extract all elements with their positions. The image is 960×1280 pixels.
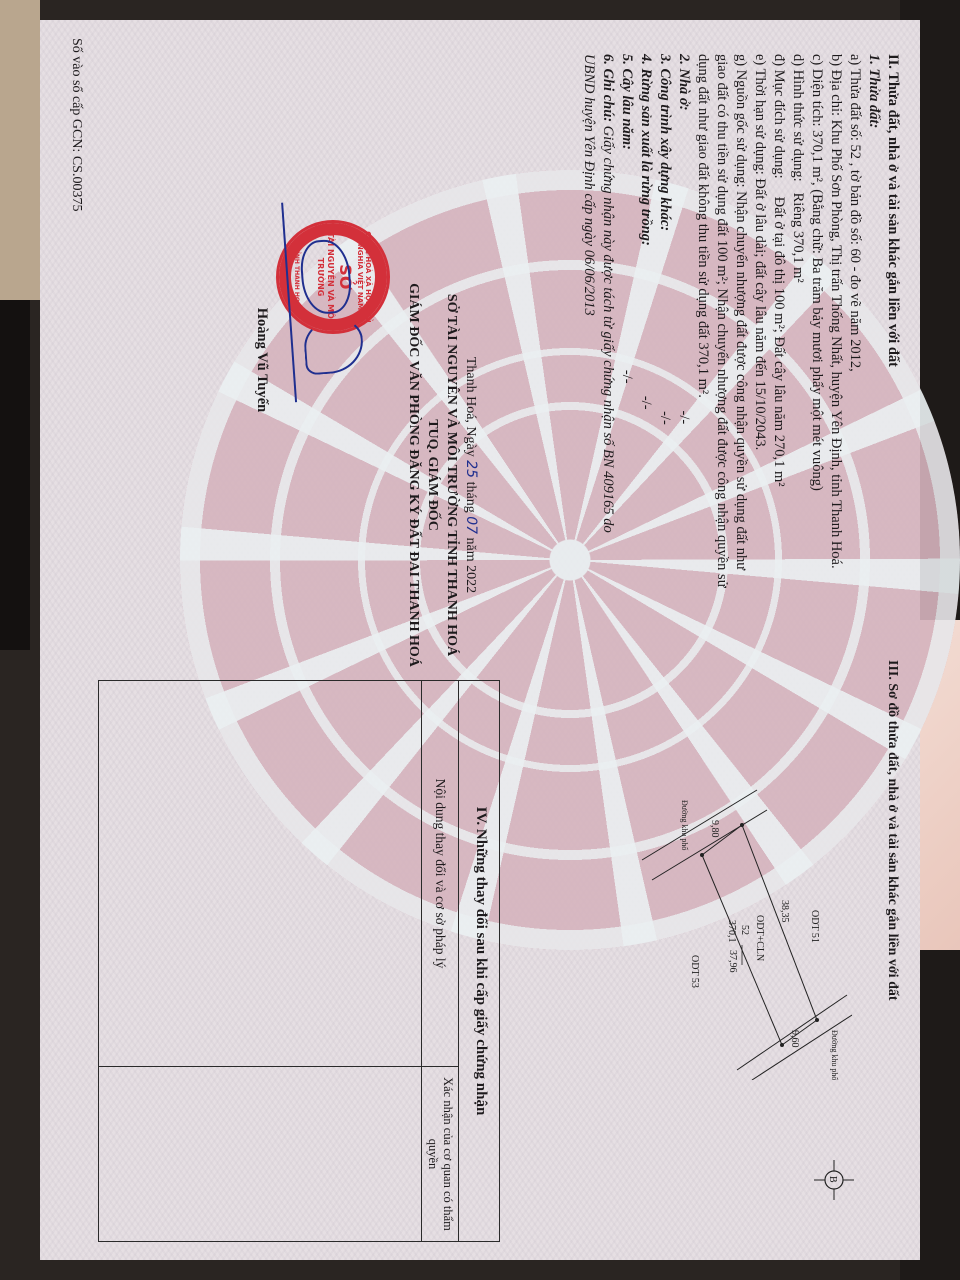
usage-term-line: e) Thời hạn sử dụng: Đất ở lâu dài; đất … xyxy=(750,54,769,588)
parcel-sketch: ODT+CLN 52 370,1 9,60 37,96 9,80 38,35 Đ… xyxy=(622,780,852,1080)
handwritten-signature xyxy=(281,198,367,403)
usage-form-line: d) Hình thức sử dụng: Riêng 370,1 m² xyxy=(788,54,807,588)
section-2: II. Thửa đất, nhà ở và tài sản khác gắn … xyxy=(579,54,902,588)
section-4-title: IV. Những thay đổi sau khi cấp giấy chứn… xyxy=(472,681,489,1241)
place-date: Thanh Hoá, Ngày 25 tháng 07 năm 2022 xyxy=(461,250,480,700)
changes-table-header: Nội dung thay đổi và cơ sở pháp lý Xác n… xyxy=(421,681,459,1241)
other-construction-line: 3. Công trình xây dựng khác:-/- xyxy=(655,54,674,588)
parcel-sketch-svg: ODT+CLN 52 370,1 9,60 37,96 9,80 38,35 Đ… xyxy=(622,780,852,1080)
on-behalf-of: TUQ. GIÁM ĐỐC xyxy=(423,250,442,700)
certificate-page: II. Thửa đất, nhà ở và tài sản khác gắn … xyxy=(40,20,920,1260)
svg-text:Đường khu phố: Đường khu phố xyxy=(830,1030,839,1080)
handwritten-month: 07 xyxy=(463,516,479,534)
handwritten-day: 25 xyxy=(463,460,479,478)
svg-text:38,35: 38,35 xyxy=(779,900,790,923)
svg-text:ODT 51: ODT 51 xyxy=(809,910,820,943)
table-divider xyxy=(99,1066,423,1067)
usage-source-cont-2: dụng đất như giao đất không thu tiền sử … xyxy=(693,54,712,588)
column-change-content: Nội dung thay đổi và cơ sở pháp lý xyxy=(422,681,458,1067)
note-line-2: UBND huyện Yên Định cấp ngày 06/06/2013 xyxy=(579,54,598,588)
usage-purpose-line: đ) Mục đích sử dụng: Đất ở tại đô thị 10… xyxy=(769,54,788,588)
signature-block: Thanh Hoá, Ngày 25 tháng 07 năm 2022 SỞ … xyxy=(404,250,480,700)
changes-table: IV. Những thay đổi sau khi cấp giấy chứn… xyxy=(98,680,500,1242)
usage-source-cont-1: giao đất có thu tiền sử dụng đất 100 m²;… xyxy=(712,54,731,588)
address-line: b) Địa chỉ: Khu Phố Sơn Phòng, Thị trấn … xyxy=(826,54,845,588)
svg-text:370,1: 370,1 xyxy=(726,920,737,943)
desk-shadow xyxy=(0,300,30,650)
parcel-number-line: a) Thửa đất số: 52 , tờ bản đồ số: 60 - … xyxy=(845,54,864,588)
desk-surface xyxy=(0,0,40,300)
note-line: 6. Ghi chú: Giấy chứng nhận này được tác… xyxy=(598,54,617,588)
svg-text:52: 52 xyxy=(739,925,750,935)
section-2-title: II. Thửa đất, nhà ở và tài sản khác gắn … xyxy=(883,54,902,588)
svg-text:ODT+CLN: ODT+CLN xyxy=(754,915,765,961)
house-line: 2. Nhà ở:-/- xyxy=(674,54,693,588)
signer-position: GIÁM ĐỐC VĂN PHÒNG ĐĂNG KÝ ĐẤT ĐAI THANH… xyxy=(404,250,423,700)
svg-text:B: B xyxy=(827,1176,838,1183)
svg-text:Đường khu phố: Đường khu phố xyxy=(680,800,689,850)
svg-text:9,80: 9,80 xyxy=(709,820,720,838)
perennial-line: 5. Cây lâu năm:-/- xyxy=(617,54,636,588)
signer-name: Hoàng Vũ Tuyến xyxy=(253,260,270,460)
registration-number: Số vào sổ cấp GCN: CS.00375 xyxy=(68,38,84,211)
north-arrow-icon: B xyxy=(814,1160,854,1200)
column-authority-confirmation: Xác nhận của cơ quan có thẩm quyền xyxy=(422,1067,458,1241)
forest-line: 4. Rừng sản xuất là rừng trồng:-/- xyxy=(636,54,655,588)
section-3-title: III. Sơ đồ thửa đất, nhà ở và tài sản kh… xyxy=(884,660,900,1001)
issuing-agency: SỞ TÀI NGUYÊN VÀ MÔI TRƯỜNG TỈNH THANH H… xyxy=(442,250,461,700)
svg-text:37,96: 37,96 xyxy=(727,950,738,973)
svg-text:9,60: 9,60 xyxy=(789,1030,800,1048)
usage-source-line: g) Nguồn gốc sử dụng: Nhận chuyển nhượng… xyxy=(731,54,750,588)
land-parcel-heading: 1. Thửa đất: xyxy=(864,54,883,588)
svg-text:ODT 53: ODT 53 xyxy=(689,955,700,988)
area-line: c) Diện tích: 370,1 m², (Bằng chữ: Ba tr… xyxy=(807,54,826,588)
